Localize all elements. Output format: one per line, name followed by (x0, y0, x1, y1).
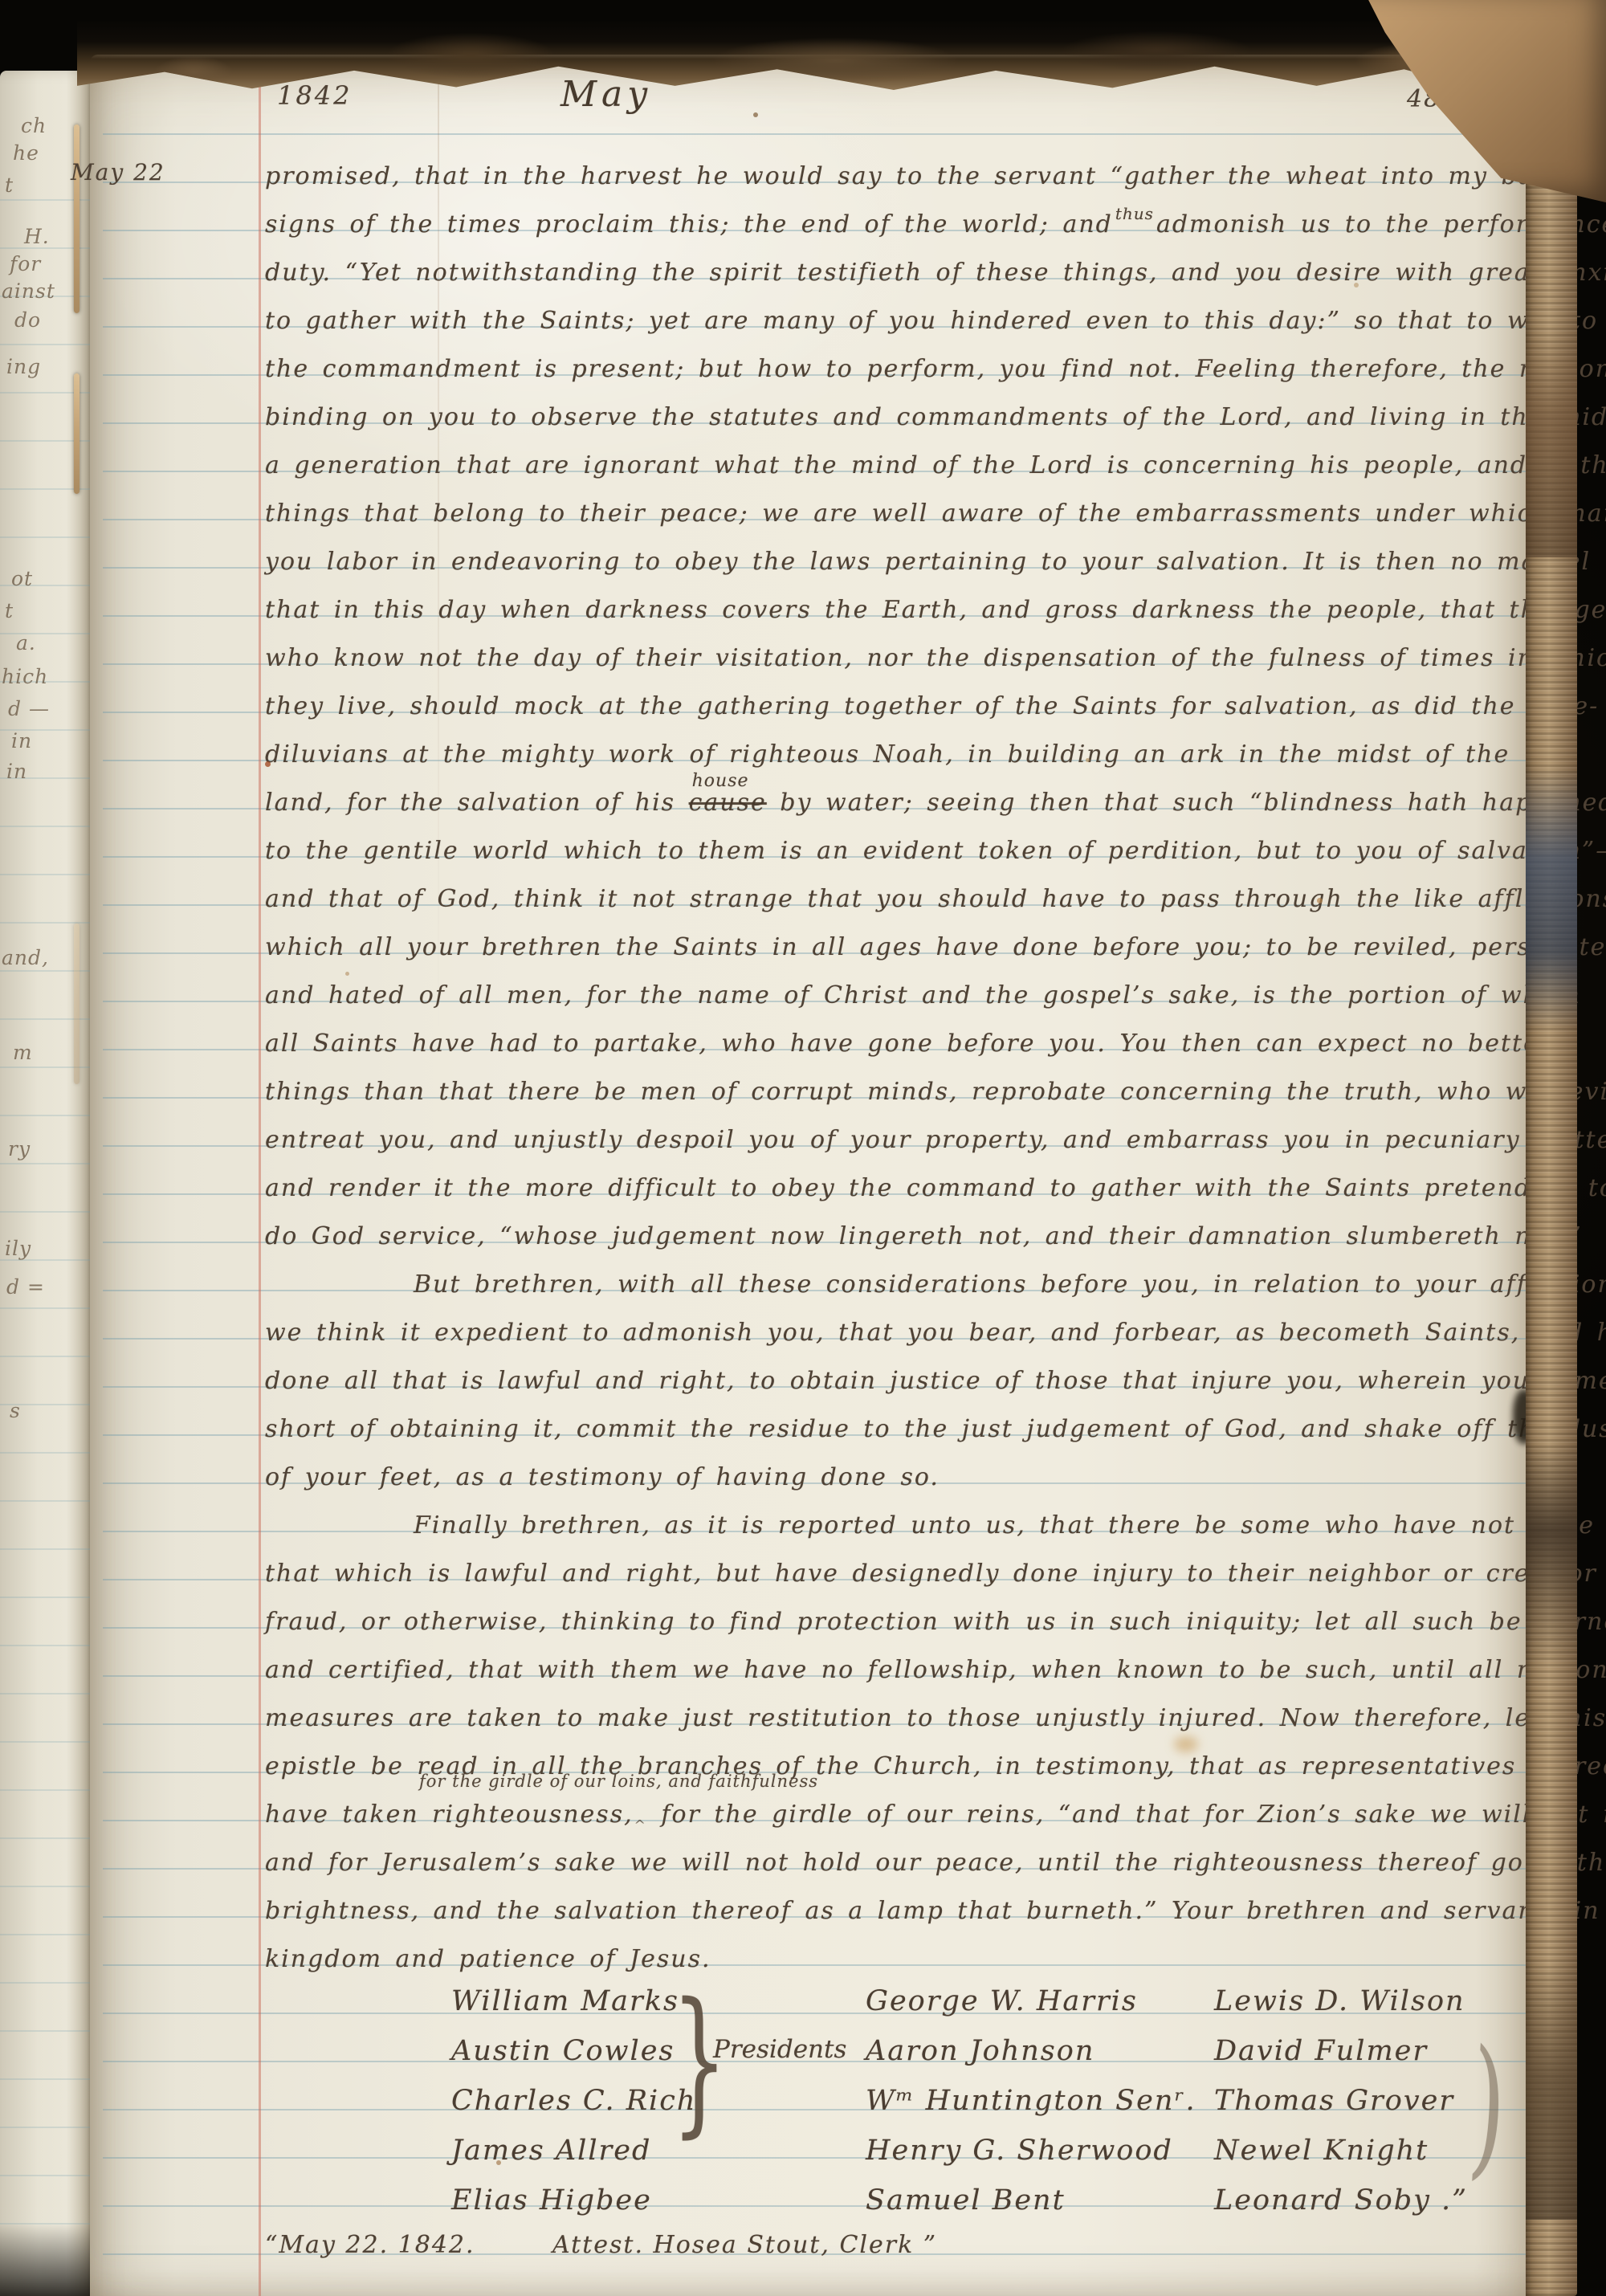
facing-page-ruled-lines (0, 199, 90, 2239)
foxing-spot (265, 761, 271, 767)
facing-page-text-fragment: t (5, 173, 14, 197)
manuscript-line: and hated of all men, for the name of Ch… (265, 980, 1582, 1012)
foxing-spot (1174, 1736, 1198, 1752)
manuscript-line: we think it expedient to admonish you, t… (265, 1317, 1606, 1349)
manuscript-line: But brethren, with all these considerati… (414, 1269, 1606, 1301)
manuscript-line: you labor in endeavoring to obey the law… (265, 546, 1591, 578)
fore-edge-pages (1526, 84, 1577, 2296)
manuscript-line: binding on you to observe the statutes a… (265, 402, 1606, 434)
manuscript-line: promised, that in the harvest he would s… (265, 161, 1606, 193)
signature: Henry G. Sherwood (866, 2133, 1173, 2168)
manuscript-line: entreat you, and unjustly despoil you of… (265, 1124, 1606, 1156)
manuscript-line: done all that is lawful and right, to ob… (265, 1365, 1606, 1397)
binding-thread (74, 373, 79, 494)
facing-page-text-fragment: he (13, 141, 39, 165)
manuscript-line: diluvians at the mighty work of righteou… (265, 739, 1510, 771)
manuscript-line: of your feet, as a testimony of having d… (265, 1462, 940, 1494)
binding-thread (74, 124, 79, 313)
manuscript-line: that which is lawful and right, but have… (265, 1558, 1606, 1590)
signature: Newel Knight (1214, 2133, 1429, 2168)
manuscript-line: signs of the times proclaim this; the en… (265, 209, 1606, 243)
signature: Wᵐ Huntington Senʳ. (866, 2083, 1196, 2119)
manuscript-line: they live, should mock at the gathering … (265, 691, 1599, 723)
manuscript-line: land, for the salvation of his causehous… (265, 787, 1606, 819)
manuscript-line: and certified, that with them we have no… (265, 1654, 1606, 1686)
facing-page-text-fragment: ry (8, 1137, 31, 1160)
facing-page-text-fragment: d — (8, 697, 50, 720)
facing-page-text-fragment: a. (16, 631, 36, 655)
fore-edge-marbling (1526, 766, 1577, 1031)
facing-page-text-fragment: do (14, 308, 41, 332)
facing-page-text-fragment: in (6, 760, 27, 783)
signature: Charles C. Rich (451, 2083, 696, 2119)
manuscript-line: kingdom and patience of Jesus. (265, 1943, 711, 1976)
facing-page-text-fragment: hich (2, 665, 48, 688)
facing-page-shadow (0, 2224, 95, 2296)
foxing-spot (1354, 283, 1359, 288)
manuscript-line: the commandment is present; but how to p… (265, 353, 1606, 385)
margin-date: May 22 (71, 159, 165, 186)
signature: William Marks (451, 1984, 679, 2019)
facing-page-text-fragment: m (13, 1041, 33, 1064)
manuscript-line: and that of God, think it not strange th… (265, 883, 1606, 916)
facing-page-text-fragment: in (11, 729, 32, 752)
facing-page-text-fragment: ainst (2, 279, 55, 303)
manuscript-line: to the gentile world which to them is an… (265, 835, 1606, 867)
manuscript-line: duty. “Yet notwithstanding the spirit te… (265, 257, 1606, 289)
binding-thread (74, 924, 79, 1084)
manuscript-line: a generation that are ignorant what the … (265, 450, 1606, 482)
signature: David Fulmer (1214, 2033, 1428, 2069)
facing-page-text-fragment: ily (5, 1237, 31, 1260)
manuscript-line: measures are taken to make just restitut… (265, 1703, 1606, 1735)
foxing-spot (1317, 898, 1323, 903)
manuscript-line: do God service, “whose judgement now lin… (265, 1221, 1583, 1253)
manuscript-line: have taken righteousness,^ for the girdl… (265, 1799, 1606, 1841)
signature: George W. Harris (866, 1984, 1138, 2019)
signature: Thomas Grover (1214, 2083, 1454, 2119)
facing-page-text-fragment: H. (24, 225, 50, 248)
page-header-month: May (560, 74, 652, 115)
manuscript-line: things than that there be men of corrupt… (265, 1076, 1606, 1108)
manuscript-line: all Saints have had to partake, who have… (265, 1028, 1552, 1060)
fore-edge-marbling (1526, 1963, 1577, 2220)
manuscript-line: brightness, and the salvation thereof as… (265, 1895, 1606, 1927)
manuscript-line: to gather with the Saints; yet are many … (265, 305, 1606, 337)
manuscript-line: that in this day when darkness covers th… (265, 594, 1606, 626)
presidents-label: Presidents (713, 2035, 846, 2064)
signature: Austin Cowles (451, 2033, 675, 2069)
facing-page-text-fragment: s (10, 1399, 21, 1422)
corrected-word: causehouse (689, 787, 767, 819)
manuscript-line: and render it the more difficult to obey… (265, 1172, 1606, 1205)
red-margin-line (259, 87, 261, 2296)
facing-page-text-fragment: ing (6, 355, 41, 378)
foxing-spot (753, 112, 758, 117)
manuscript-line: things that belong to their peace; we ar… (265, 498, 1606, 530)
signature: Leonard Soby .” (1214, 2183, 1468, 2218)
signature: Samuel Bent (866, 2183, 1066, 2218)
signature: Elias Higbee (451, 2183, 652, 2218)
signature: Aaron Johnson (866, 2033, 1094, 2069)
foxing-spot (1086, 758, 1090, 762)
signature: Lewis D. Wilson (1214, 1984, 1465, 2019)
manuscript-line: short of obtaining it, commit the residu… (265, 1413, 1606, 1446)
foxing-spot (345, 972, 349, 976)
facing-page-text-fragment: and, (2, 946, 49, 969)
facing-page-text-fragment: ch (21, 114, 47, 137)
manuscript-line: fraud, or otherwise, thinking to find pr… (265, 1606, 1606, 1638)
facing-page-text-fragment: for (10, 252, 41, 275)
manuscript-line: and for Jerusalem’s sake we will not hol… (265, 1847, 1606, 1879)
caret-mark: ^ (634, 1817, 647, 1833)
inserted-word: house (692, 765, 749, 797)
manuscript-line: who know not the day of their visitation… (265, 642, 1606, 675)
manuscript-photo: chhetH.forainstdoingotta.hichd —ininand,… (0, 0, 1606, 2296)
facing-page-edge (0, 71, 95, 2296)
interline-insertion: for the girdle of our loins, and faithfu… (419, 1772, 818, 1791)
facing-page-text-fragment: ot (11, 567, 33, 590)
inserted-word: thus (1115, 204, 1154, 223)
fore-edge-marbling (1526, 1441, 1577, 1666)
signature: James Allred (451, 2133, 651, 2168)
manuscript-line: which all your brethren the Saints in al… (265, 932, 1606, 964)
attestation-date: “May 22. 1842. (265, 2231, 475, 2259)
foxing-spot (496, 2160, 501, 2165)
fore-edge-marbling (1526, 324, 1577, 557)
facing-page-text-fragment: d = (6, 1275, 45, 1299)
page-header-year: 1842 (277, 80, 352, 111)
facing-page-text-fragment: t (5, 599, 14, 622)
attestation-clerk: Attest. Hosea Stout, Clerk ” (552, 2231, 937, 2259)
manuscript-line: Finally brethren, as it is reported unto… (414, 1510, 1595, 1542)
